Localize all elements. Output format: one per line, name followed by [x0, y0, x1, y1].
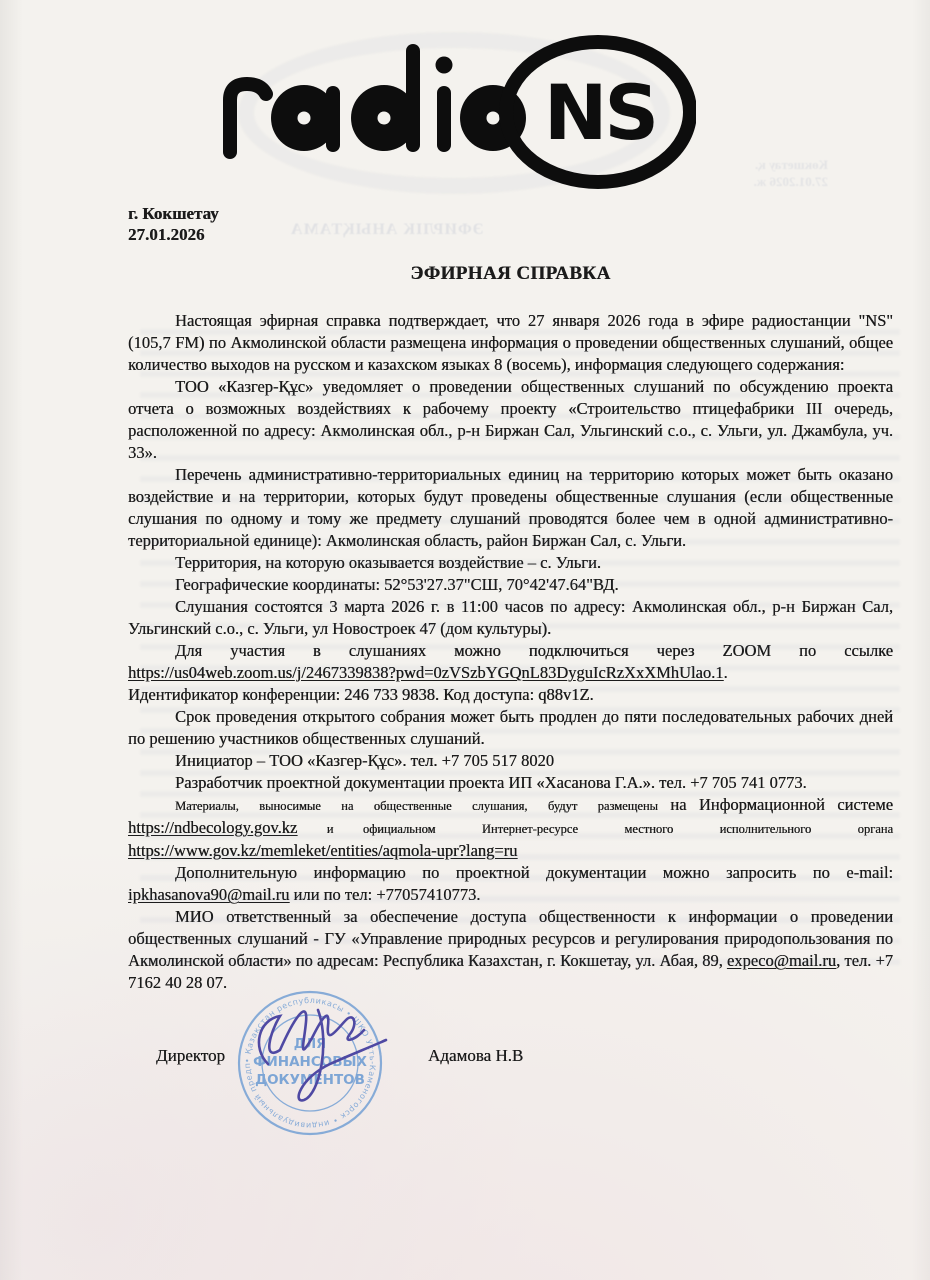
text-run: или по тел: +77057410773. — [289, 885, 480, 904]
paragraph: Территория, на которую оказывается возде… — [128, 552, 893, 574]
signature-block: Директор • Қазақстан республикасы • ШҚО … — [128, 1022, 893, 1192]
paragraph: Географические координаты: 52°53'27.37"С… — [128, 574, 893, 596]
text-run: Разработчик проектной документации проек… — [175, 773, 807, 792]
paragraph: Дополнительную информацию по проектной д… — [128, 862, 893, 906]
paragraph: Инициатор – ТОО «Казгер-Құс». тел. +7 70… — [128, 750, 893, 772]
document-date: 27.01.2026 — [128, 224, 893, 245]
radio-ns-logo: NS — [216, 28, 696, 193]
paragraph: Материалы, выносимые на общественные слу… — [128, 794, 893, 862]
paragraph: Настоящая эфирная справка подтверждает, … — [128, 310, 893, 376]
text-run: на Информационной системе — [658, 795, 893, 814]
gov-kz-aqmola-link[interactable]: https://www.gov.kz/memleket/entities/aqm… — [128, 841, 517, 860]
document-body: Настоящая эфирная справка подтверждает, … — [128, 310, 893, 994]
mio-email-link[interactable]: expeco@mail.ru — [727, 951, 836, 970]
text-run: Для участия в слушаниях можно подключить… — [175, 641, 893, 660]
text-run: . — [723, 663, 727, 682]
document-header: г. Кокшетау 27.01.2026 — [128, 203, 893, 245]
text-run: Перечень административно-территориальных… — [128, 465, 893, 550]
handwritten-signature — [246, 976, 416, 1116]
text-run: Дополнительную информацию по проектной д… — [175, 863, 893, 882]
document-title: ЭФИРНАЯ СПРАВКА — [128, 263, 893, 285]
text-run: Слушания состоятся 3 марта 2026 г. в 11:… — [128, 597, 893, 638]
ndb-ecology-link[interactable]: https://ndbecology.gov.kz — [128, 818, 297, 837]
paragraph: МИО ответственный за обеспечение доступа… — [128, 906, 893, 994]
developer-email-link[interactable]: ipkhasanova90@mail.ru — [128, 885, 289, 904]
logo-ns-text: NS — [544, 68, 656, 157]
text-run: Инициатор – ТОО «Казгер-Құс». тел. +7 70… — [175, 751, 554, 770]
document-city: г. Кокшетау — [128, 203, 893, 224]
text-run: Территория, на которую оказывается возде… — [175, 553, 601, 572]
scanned-document: ЭФИРЛІК АНЫҚТАМА Көкшетау қ. 27.01.2026 … — [0, 0, 930, 1280]
paragraph: ТОО «Казгер-Құс» уведомляет о проведении… — [128, 376, 893, 464]
text-run: ТОО «Казгер-Құс» уведомляет о проведении… — [128, 377, 893, 462]
paragraph: Срок проведения открытого собрания может… — [128, 706, 893, 750]
bleedthrough-city-date: Көкшетау қ. 27.01.2026 ж. — [718, 156, 828, 190]
paragraph: Слушания состоятся 3 марта 2026 г. в 11:… — [128, 596, 893, 640]
text-run: Идентификатор конференции: 246 733 9838.… — [128, 685, 594, 704]
radio-ns-logo-graphic: NS — [216, 28, 696, 193]
paragraph: Для участия в слушаниях можно подключить… — [128, 640, 893, 684]
text-run: Настоящая эфирная справка подтверждает, … — [128, 311, 893, 374]
paragraph: Идентификатор конференции: 246 733 9838.… — [128, 684, 893, 706]
text-run: Материалы, выносимые на общественные слу… — [175, 799, 658, 813]
signatory-role: Директор — [156, 1046, 225, 1066]
text-run: официальном Интернет-ресурсе местного ис… — [363, 822, 893, 836]
signatory-name: Адамова Н.В — [428, 1046, 523, 1066]
paragraph: Разработчик проектной документации проек… — [128, 772, 893, 794]
zoom-meeting-link[interactable]: https://us04web.zoom.us/j/2467339838?pwd… — [128, 663, 723, 682]
paragraph: Перечень административно-территориальных… — [128, 464, 893, 552]
text-run: и — [297, 822, 363, 836]
text-run: Срок проведения открытого собрания может… — [128, 707, 893, 748]
text-run: Географические координаты: 52°53'27.37"С… — [175, 575, 619, 594]
